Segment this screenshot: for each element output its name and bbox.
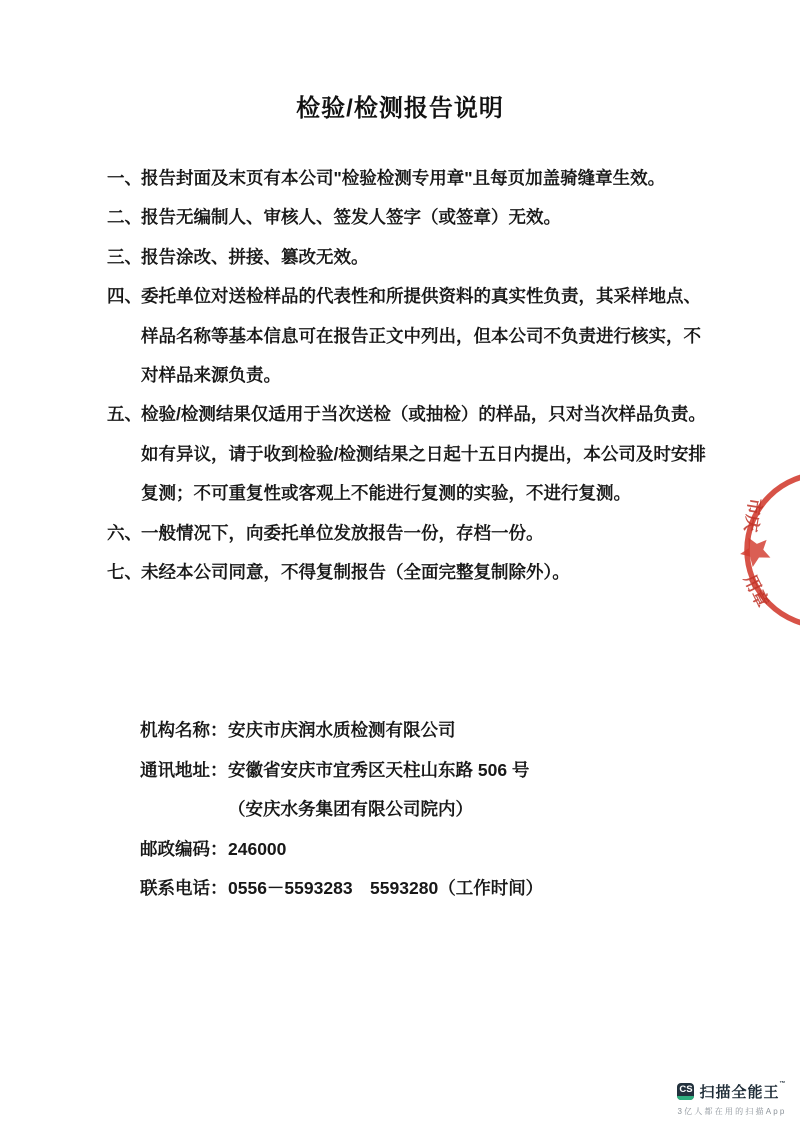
item-text: 检验/检测结果仅适用于当次送检（或抽检）的样品，只对当次样品负责。 [141,404,706,424]
item-number: 三、 [107,238,141,277]
page-title: 检验/检测报告说明 [0,88,800,123]
contact-value: 246000 [228,839,286,859]
item-text: 报告涂改、拼接、篡改无效。 [141,247,369,267]
item-number: 一、 [107,159,141,198]
cs-badge-text: CS [677,1084,694,1095]
list-item: 五、检验/检测结果仅适用于当次送检（或抽检）的样品，只对当次样品负责。 如有异议… [107,395,713,513]
contact-label: 通讯地址： [140,751,228,791]
watermark-app-name: 扫描全能王™ [699,1081,786,1102]
item-text: 未经本公司同意，不得复制报告（全面完整复制除外）。 [141,562,570,582]
contact-value: 安庆市庆润水质检测有限公司 [228,720,456,740]
item-text: 报告无编制人、审核人、签发人签字（或签章）无效。 [141,207,561,227]
item-text: 委托单位对送检样品的代表性和所提供资料的真实性负责，其采样地点、 [141,286,701,306]
list-item: 二、报告无编制人、审核人、签发人签字（或签章）无效。 [107,198,713,237]
report-notes-list: 一、报告封面及末页有本公司"检验检测专用章"且每页加盖骑缝章生效。 二、报告无编… [107,159,713,592]
app-name-text: 扫描全能王 [699,1084,779,1101]
list-item: 一、报告封面及末页有本公司"检验检测专用章"且每页加盖骑缝章生效。 [107,159,713,198]
contact-label: 机构名称： [140,711,228,751]
item-number: 四、 [107,277,141,316]
seal-bottom-text: 用章 [740,571,773,610]
contact-value: 安徽省安庆市宜秀区天柱山东路 506 号 [228,760,529,780]
item-text: 对样品来源负责。 [141,356,713,395]
red-seam-seal-stamp: 市庆 用章 [728,468,800,636]
watermark-logo-row: CS 扫描全能王™ [677,1081,786,1102]
contact-row-address: 通讯地址：安徽省安庆市宜秀区天柱山东路 506 号 [140,751,700,791]
scanned-report-page: 检验/检测报告说明 一、报告封面及末页有本公司"检验检测专用章"且每页加盖骑缝章… [0,0,800,1132]
item-text: 报告封面及末页有本公司"检验检测专用章"且每页加盖骑缝章生效。 [141,168,665,188]
item-text: 如有异议，请于收到检验/检测结果之日起十五日内提出，本公司及时安排 [141,435,713,474]
item-number: 二、 [107,198,141,237]
contact-value: （安庆水务集团有限公司院内） [228,799,473,819]
list-item: 四、委托单位对送检样品的代表性和所提供资料的真实性负责，其采样地点、 样品名称等… [107,277,713,395]
camscanner-logo-icon: CS [677,1083,694,1100]
badge-green-strip [677,1096,694,1100]
contact-row-org-name: 机构名称：安庆市庆润水质检测有限公司 [140,711,700,751]
list-item: 六、一般情况下，向委托单位发放报告一份，存档一份。 [107,514,713,553]
item-text: 样品名称等基本信息可在报告正文中列出，但本公司不负责进行核实，不 [141,317,713,356]
list-item: 七、未经本公司同意，不得复制报告（全面完整复制除外）。 [107,553,713,592]
seal-star-icon [735,531,775,570]
trademark-symbol: ™ [780,1081,787,1087]
seal-top-text: 市庆 [741,497,766,534]
contact-row-phone: 联系电话：0556－5593283 5593280（工作时间） [140,869,700,909]
watermark-tagline: 3亿人都在用的扫描App [677,1106,786,1117]
contact-value: 0556－5593283 5593280（工作时间） [228,878,543,898]
item-number: 七、 [107,553,141,592]
list-item: 三、报告涂改、拼接、篡改无效。 [107,238,713,277]
contact-label: 联系电话： [140,869,228,909]
contact-row-address-2: （安庆水务集团有限公司院内） [140,790,700,830]
contact-label: 邮政编码： [140,830,228,870]
seal-arc [747,474,800,626]
item-text: 复测；不可重复性或客观上不能进行复测的实验，不进行复测。 [141,474,713,513]
scanner-app-watermark: CS 扫描全能王™ 3亿人都在用的扫描App [677,1081,787,1117]
item-number: 五、 [107,395,141,434]
item-text: 一般情况下，向委托单位发放报告一份，存档一份。 [141,523,544,543]
contact-row-postcode: 邮政编码：246000 [140,830,700,870]
contact-info-block: 机构名称：安庆市庆润水质检测有限公司 通讯地址：安徽省安庆市宜秀区天柱山东路 5… [140,711,700,909]
item-number: 六、 [107,514,141,553]
